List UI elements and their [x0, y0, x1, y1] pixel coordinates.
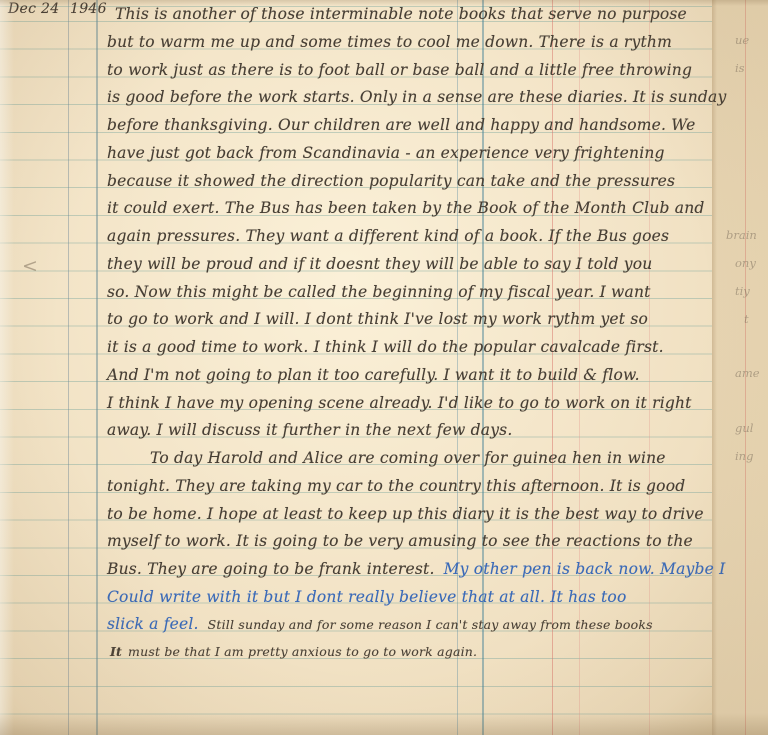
diary-line-text: To day Harold and Alice are coming over …: [150, 449, 666, 467]
diary-line-text: Bus. They are going to be frank interest…: [107, 560, 435, 578]
offset-ink-mark: ing: [735, 449, 753, 463]
diary-page: Dec 24 1946 < This is another of those i…: [0, 0, 768, 735]
entry-date-year: 1946: [70, 1, 107, 17]
diary-line-text: before thanksgiving. Our children are we…: [107, 116, 696, 134]
diary-line-text: so. Now this might be called the beginni…: [107, 283, 651, 301]
diary-line: but to warm me up and some times to cool…: [107, 29, 672, 56]
diary-line-text-small: It: [110, 644, 122, 659]
diary-line: tonight. They are taking my car to the c…: [107, 473, 685, 500]
diary-line-text: but to warm me up and some times to cool…: [107, 33, 672, 51]
diary-line: slick a feel.Still sunday and for some r…: [107, 611, 653, 638]
diary-line: they will be proud and if it doesnt they…: [107, 251, 652, 278]
diary-line-text-blue: slick a feel.: [107, 615, 199, 633]
diary-line-text-small: must be that I am pretty anxious to go t…: [128, 644, 477, 659]
diary-line: it could exert. The Bus has been taken b…: [107, 195, 705, 222]
diary-line-text-small: Still sunday and for some reason I can't…: [208, 617, 653, 632]
diary-line-text: This is another of those interminable no…: [115, 5, 687, 23]
offset-ink-mark: is: [735, 61, 745, 75]
diary-line: myself to work. It is going to be very a…: [107, 528, 693, 555]
diary-line: To day Harold and Alice are coming over …: [150, 445, 666, 472]
entry-date-month-day: Dec 24: [8, 1, 59, 17]
diary-line: to work just as there is to foot ball or…: [107, 57, 692, 84]
diary-line: because it showed the direction populari…: [107, 168, 675, 195]
vertical-rule-margin-1: [68, 0, 69, 735]
diary-line: again pressures. They want a different k…: [107, 223, 669, 250]
vertical-rule-margin-2: [96, 0, 98, 735]
diary-line-text: have just got back from Scandinavia - an…: [107, 144, 665, 162]
diary-line-text: again pressures. They want a different k…: [107, 227, 669, 245]
diary-line-text: it is a good time to work. I think I wil…: [107, 338, 664, 356]
diary-line: Bus. They are going to be frank interest…: [107, 556, 725, 583]
diary-line-text: I think I have my opening scene already.…: [107, 394, 692, 412]
diary-line: have just got back from Scandinavia - an…: [107, 140, 665, 167]
diary-line: away. I will discuss it further in the n…: [107, 417, 512, 444]
diary-line-text: to work just as there is to foot ball or…: [107, 61, 692, 79]
diary-line: And I'm not going to plan it too careful…: [107, 362, 640, 389]
diary-line-text: away. I will discuss it further in the n…: [107, 421, 512, 439]
diary-line-text: And I'm not going to plan it too careful…: [107, 366, 640, 384]
diary-line-text: to be home. I hope at least to keep up t…: [107, 505, 704, 523]
diary-line-text: it could exert. The Bus has been taken b…: [107, 199, 705, 217]
diary-line: Could write with it but I dont really be…: [107, 584, 626, 611]
offset-ink-mark: t: [744, 312, 749, 326]
diary-line: is good before the work starts. Only in …: [107, 84, 726, 111]
diary-line: so. Now this might be called the beginni…: [107, 279, 651, 306]
diary-line: I think I have my opening scene already.…: [107, 390, 692, 417]
diary-line: to go to work and I will. I dont think I…: [107, 306, 648, 333]
diary-line-text-blue: Could write with it but I dont really be…: [107, 588, 626, 606]
offset-ink-mark: brain: [726, 228, 757, 242]
diary-line-text: myself to work. It is going to be very a…: [107, 532, 693, 550]
offset-ink-mark: ony: [735, 256, 756, 270]
diary-line-text: because it showed the direction populari…: [107, 172, 675, 190]
offset-ink-mark: ame: [735, 366, 760, 380]
diary-line: Itmust be that I am pretty anxious to go…: [110, 638, 477, 665]
diary-line-text: to go to work and I will. I dont think I…: [107, 310, 648, 328]
diary-line: before thanksgiving. Our children are we…: [107, 112, 696, 139]
margin-check-mark: <: [22, 255, 38, 277]
diary-line-text: tonight. They are taking my car to the c…: [107, 477, 685, 495]
diary-line: to be home. I hope at least to keep up t…: [107, 501, 704, 528]
diary-line-text-blue: My other pen is back now. Maybe I: [444, 560, 726, 578]
offset-ink-mark: ue: [735, 33, 749, 47]
diary-line: it is a good time to work. I think I wil…: [107, 334, 664, 361]
diary-line-text: is good before the work starts. Only in …: [107, 88, 726, 106]
offset-ink-mark: gul: [735, 421, 753, 435]
diary-line: This is another of those interminable no…: [115, 1, 687, 28]
offset-ink-mark: tiy: [735, 284, 750, 298]
diary-line-text: they will be proud and if it doesnt they…: [107, 255, 652, 273]
